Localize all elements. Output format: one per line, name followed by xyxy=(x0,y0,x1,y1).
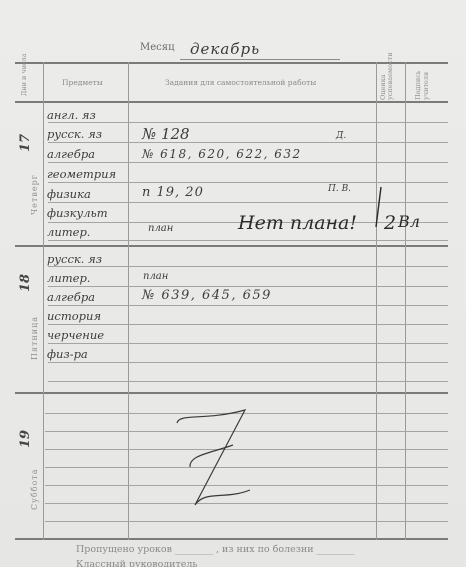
class-teacher: Классный руководитель xyxy=(76,559,198,567)
col-divider-date xyxy=(43,62,44,540)
subject: физ-ра xyxy=(47,347,88,361)
day-date-thursday: 17 xyxy=(18,134,33,152)
missed-lessons: Пропущено уроков ________ , из них по бо… xyxy=(76,544,355,555)
crossed-out-z-mark xyxy=(175,405,275,515)
header-tasks: Задания для самостоятельной работы xyxy=(165,78,316,87)
subject: физика xyxy=(47,187,91,201)
header-date: Дни и числа xyxy=(20,53,28,96)
day-name-friday: Пятница xyxy=(30,316,39,360)
task: № 639, 645, 659 xyxy=(142,288,272,303)
teacher-mark: Д. xyxy=(336,131,346,141)
subject: литер. xyxy=(47,271,90,285)
day-divider-2 xyxy=(15,392,448,394)
month-label: Месяц xyxy=(140,42,175,53)
month-underline xyxy=(180,59,340,60)
task: план xyxy=(143,271,168,282)
subject: черчение xyxy=(47,328,104,342)
col-divider-tasks xyxy=(376,62,377,540)
task: план xyxy=(148,223,173,234)
header-top-rule xyxy=(15,62,448,64)
subject: русск. яз xyxy=(47,252,102,266)
subject: история xyxy=(47,309,101,323)
header-signature: Подпись учителя xyxy=(414,66,430,100)
teacher-remark: Нет плана! xyxy=(238,212,357,234)
diary-page: Месяц декабрь Дни и числа Предметы Задан… xyxy=(0,0,466,567)
task: № 128 xyxy=(142,125,190,143)
col-divider-subjects xyxy=(128,62,129,540)
day-date-saturday: 19 xyxy=(18,430,33,448)
table-bottom-rule xyxy=(15,538,448,540)
subject: геометрия xyxy=(47,167,116,181)
day-name-thursday: Четверг xyxy=(30,174,39,215)
header-bottom-rule xyxy=(15,101,448,103)
col-divider-grade xyxy=(405,62,406,540)
month-value: декабрь xyxy=(190,40,260,58)
header-grade: Оценка успеваемости xyxy=(380,66,394,100)
subject: русск. яз xyxy=(47,127,102,141)
subject: алгебра xyxy=(47,290,95,304)
subject: литер. xyxy=(47,225,90,239)
day-date-friday: 18 xyxy=(18,274,33,292)
subject: физкульт xyxy=(47,206,108,220)
teacher-signature: Вл xyxy=(398,212,420,231)
teacher-mark: П. В. xyxy=(328,184,351,194)
day-name-saturday: Суббота xyxy=(30,469,39,510)
task: № 618, 620, 622, 632 xyxy=(142,147,302,161)
header-subjects: Предметы xyxy=(62,78,103,87)
task: п 19, 20 xyxy=(142,185,204,200)
day-divider-1 xyxy=(15,245,448,247)
subject: алгебра xyxy=(47,147,95,161)
grade-value: 2 xyxy=(384,212,396,234)
subject: англ. яз xyxy=(47,108,96,122)
